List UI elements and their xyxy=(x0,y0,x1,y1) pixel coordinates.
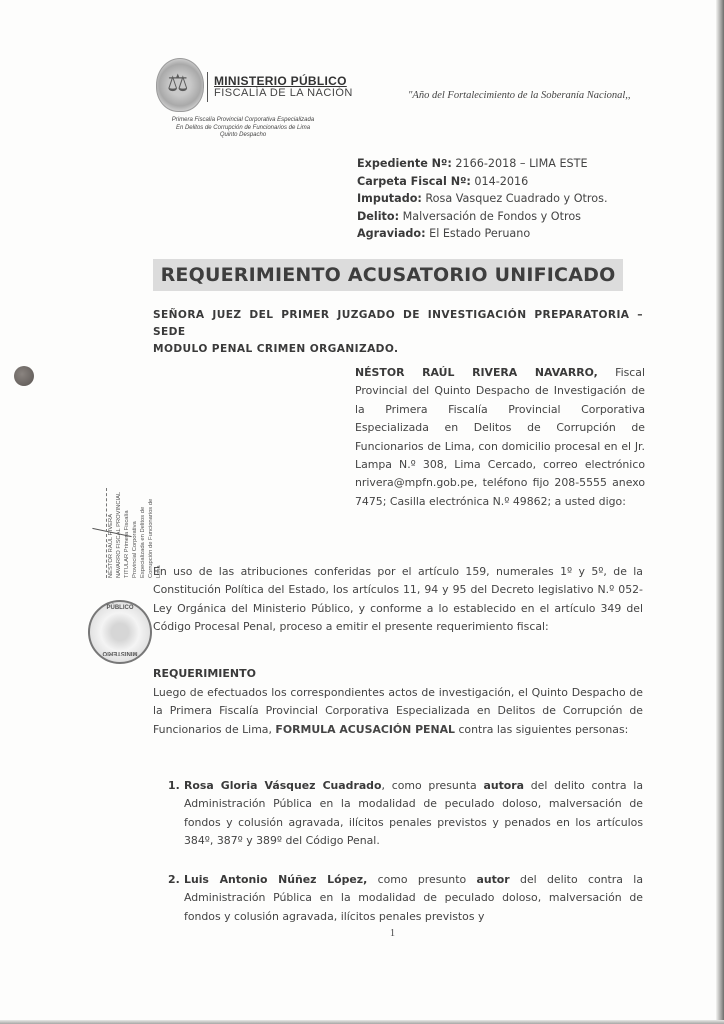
expediente-row: Expediente Nº: 2166-2018 – LIMA ESTE xyxy=(357,155,608,173)
accused-item: 2. Luis Antonio Núñez López, como presun… xyxy=(168,871,643,926)
accused-number: 2. xyxy=(168,871,180,889)
fiscal-name: NÉSTOR RAÚL RIVERA NAVARRO, xyxy=(355,366,598,379)
carpeta-row: Carpeta Fiscal Nº: 014-2016 xyxy=(357,173,608,191)
requerimiento-paragraph: Luego de efectuados los correspondientes… xyxy=(153,684,643,739)
office-line: Primera Fiscalía Provincial Corporativa … xyxy=(138,117,348,125)
addressee: SEÑORA JUEZ DEL PRIMER JUZGADO DE INVEST… xyxy=(153,307,643,358)
addressee-line-2: MODULO PENAL CRIMEN ORGANIZADO. xyxy=(153,341,643,358)
logo-divider xyxy=(207,72,208,102)
delito-row: Delito: Malversación de Fondos y Otros xyxy=(357,208,608,226)
office-lines: Primera Fiscalía Provincial Corporativa … xyxy=(138,117,348,140)
requerimiento-heading: REQUERIMIENTO xyxy=(153,667,256,680)
page-bottom-shadow xyxy=(0,1020,724,1024)
addressee-line-1: SEÑORA JUEZ DEL PRIMER JUZGADO DE INVEST… xyxy=(153,309,643,338)
office-line: En Delitos de Corrupción de Funcionarios… xyxy=(138,125,348,133)
accused-item: 1. Rosa Gloria Vásquez Cuadrado, como pr… xyxy=(168,777,643,851)
fiscal-introduction: NÉSTOR RAÚL RIVERA NAVARRO, Fiscal Provi… xyxy=(355,364,645,511)
office-line: Quinto Despacho xyxy=(138,132,348,140)
accused-role: autor xyxy=(477,873,510,886)
org-subtitle: FISCALÍA DE LA NACIÓN xyxy=(214,87,353,99)
signature-stamp: NÉSTOR RAÚL RIVERA NAVARRO FISCAL PROVIN… xyxy=(106,488,157,578)
ministry-seal-icon xyxy=(156,58,204,112)
case-data: Expediente Nº: 2166-2018 – LIMA ESTE Car… xyxy=(357,155,608,243)
org-name: MINISTERIO PÚBLICO xyxy=(214,74,347,88)
seal-bottom-text: MINISTERIO xyxy=(90,650,150,656)
page-edge-shadow xyxy=(716,0,724,1024)
page-number: 1 xyxy=(390,928,395,939)
document-title: REQUERIMIENTO ACUSATORIO UNIFICADO xyxy=(153,259,623,291)
formula-acusacion: FORMULA ACUSACIÓN PENAL xyxy=(275,723,455,736)
year-motto: "Año del Fortalecimiento de la Soberanía… xyxy=(408,90,631,101)
accused-role: autora xyxy=(483,779,524,792)
fiscal-text: Fiscal Provincial del Quinto Despacho de… xyxy=(355,366,645,508)
official-seal-stamp: PÚBLICO MINISTERIO xyxy=(88,600,152,664)
agraviado-row: Agraviado: El Estado Peruano xyxy=(357,225,608,243)
seal-top-text: PÚBLICO xyxy=(90,605,150,611)
punch-hole-mark xyxy=(14,366,34,386)
accused-name: Rosa Gloria Vásquez Cuadrado xyxy=(184,779,381,792)
accused-name: Luis Antonio Núñez López, xyxy=(184,873,367,886)
imputado-row: Imputado: Rosa Vasquez Cuadrado y Otros. xyxy=(357,190,608,208)
accused-number: 1. xyxy=(168,777,180,795)
legal-basis-paragraph: En uso de las atribuciones conferidas po… xyxy=(153,563,643,637)
